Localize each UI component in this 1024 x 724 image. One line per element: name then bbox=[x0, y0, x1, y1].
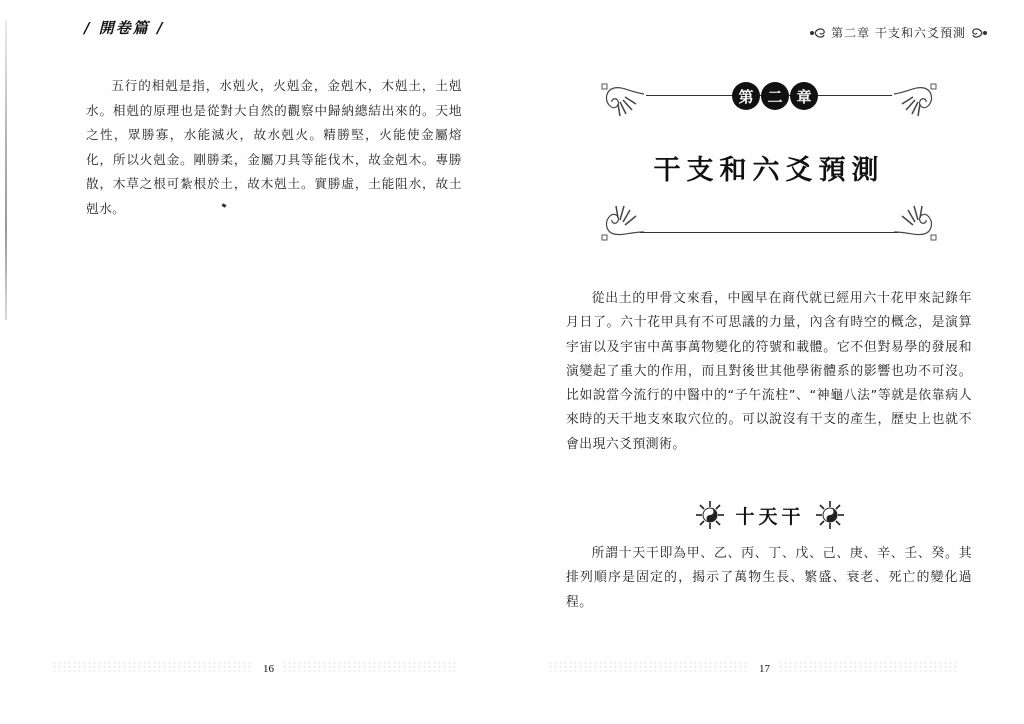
paragraph: 所謂十天干即為甲、乙、丙、丁、戊、己、庚、辛、壬、癸。其排列順序是固定的，揭示了… bbox=[566, 542, 972, 615]
chapter-heading-block: 第 二 章 干支和六爻預測 bbox=[596, 78, 942, 250]
flourish-ornament-icon bbox=[894, 202, 938, 242]
badge-char: 二 bbox=[761, 82, 789, 110]
left-body-text: 五行的相剋是指，水剋火，火剋金，金剋木，木剋土，土剋水。相剋的原理也是從對大自然… bbox=[86, 74, 462, 221]
yin-yang-sun-icon bbox=[695, 500, 725, 530]
paragraph: 從出土的甲骨文來看，中國早在商代就已經用六十花甲來記錄年月日了。六十花甲具有不可… bbox=[566, 287, 972, 457]
footer-decoration-left bbox=[52, 661, 252, 673]
paragraph: 五行的相剋是指，水剋火，火剋金，金剋木，木剋土，土剋水。相剋的原理也是從對大自然… bbox=[86, 74, 462, 221]
footer-decoration-right bbox=[548, 661, 748, 673]
right-body-text-2: 所謂十天干即為甲、乙、丙、丁、戊、己、庚、辛、壬、癸。其排列順序是固定的，揭示了… bbox=[566, 542, 972, 615]
page-number-right: 17 bbox=[759, 663, 770, 675]
page-number-left: 16 bbox=[263, 663, 274, 675]
flourish-ornament-icon bbox=[600, 202, 644, 242]
chapter-badge: 第 二 章 bbox=[732, 82, 818, 110]
chapter-title: 干支和六爻預測 bbox=[596, 148, 942, 187]
footer-decoration-left-2 bbox=[282, 661, 457, 673]
subsection-title: 十天干 bbox=[735, 502, 804, 529]
running-header: 第二章 干支和六爻預測 bbox=[809, 24, 988, 41]
footer-decoration-right-2 bbox=[778, 661, 958, 673]
right-body-text: 從出土的甲骨文來看，中國早在商代就已經用六十花甲來記錄年月日了。六十花甲具有不可… bbox=[566, 287, 972, 457]
yin-yang-sun-icon bbox=[815, 500, 845, 530]
subsection-heading: 十天干 bbox=[690, 500, 850, 530]
badge-char: 第 bbox=[732, 82, 760, 110]
badge-char: 章 bbox=[790, 82, 818, 110]
flourish-ornament-icon bbox=[894, 80, 938, 120]
section-header: / 開卷篇 / bbox=[84, 17, 164, 38]
scroll-ornament-icon bbox=[809, 27, 827, 39]
running-header-text: 第二章 干支和六爻預測 bbox=[831, 24, 966, 41]
book-spread: / 開卷篇 / 五行的相剋是指，水剋火，火剋金，金剋木，木剋土，土剋水。相剋的原… bbox=[0, 0, 1024, 724]
divider bbox=[640, 232, 898, 233]
scroll-ornament-icon bbox=[970, 27, 988, 39]
flourish-ornament-icon bbox=[600, 80, 644, 120]
